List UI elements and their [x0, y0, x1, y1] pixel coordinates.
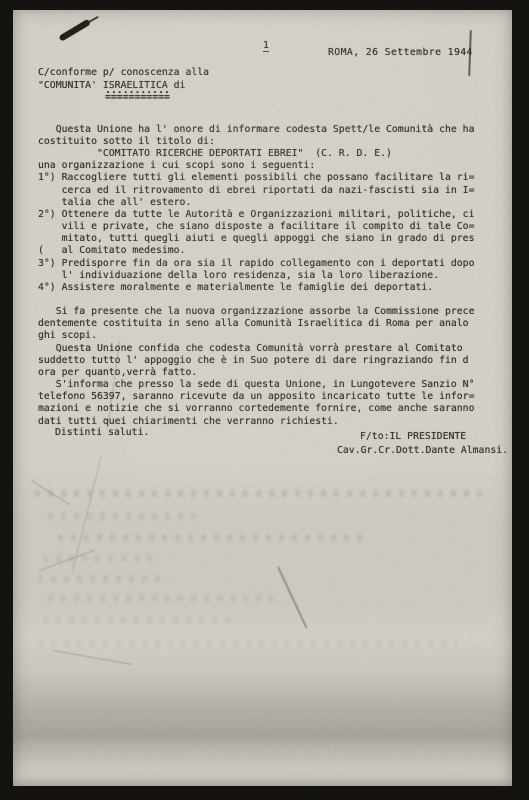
pen-stroke-mark-tail [87, 16, 99, 24]
dotted-fill-line: ........... =========== [105, 88, 170, 101]
ghost-text-row [58, 534, 368, 541]
dateline: ROMA, 26 Settembre 1944 [328, 47, 473, 59]
scratch-mark [53, 650, 132, 665]
scanned-document-frame: 1 ROMA, 26 Settembre 1944 C/conforme p/ … [0, 0, 529, 800]
crease-line [277, 566, 307, 628]
letter-paper: 1 ROMA, 26 Settembre 1944 C/conforme p/ … [13, 10, 512, 786]
page-number: 1 [263, 40, 269, 52]
salutation: Distinti saluti. [55, 427, 149, 439]
ghost-text-row [35, 490, 485, 497]
page-number-text: 1 [263, 40, 269, 51]
ghost-text-row [48, 595, 278, 602]
signature-role: F/to:IL PRESIDENTE [360, 431, 466, 443]
ghost-text-row [43, 617, 233, 624]
ghost-text-row [38, 575, 168, 582]
letter-body: Questa Unione ha l' onore di informare c… [38, 124, 474, 428]
ghost-text-row [48, 513, 198, 520]
page-number-underline [263, 51, 269, 52]
signature-name: Cav.Gr.Cr.Dott.Dante Almansi. [337, 445, 508, 457]
ghost-text-row [43, 555, 153, 562]
ghost-text-row [38, 640, 458, 647]
